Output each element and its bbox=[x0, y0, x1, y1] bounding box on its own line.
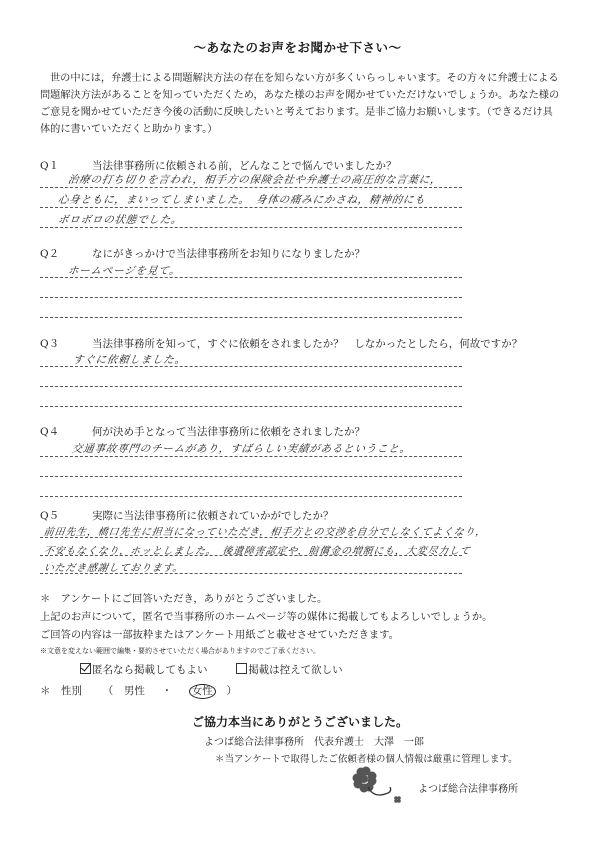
answer-line bbox=[40, 187, 462, 188]
publish-question: 上記のお声について，匿名で当事務所のホームページ等の媒体に掲載してもよろしいでし… bbox=[40, 608, 560, 626]
answer-line bbox=[40, 227, 462, 228]
page-title: ～あなたのお声をお聞かせ下さい～ bbox=[0, 38, 595, 56]
question-3: Q３当法律事務所を知って，すぐに依頼をされましたか？ しなかったとしたら，何故で… bbox=[40, 336, 560, 351]
clover-logo-icon bbox=[352, 765, 412, 810]
answer-line bbox=[40, 366, 462, 367]
question-number: Q５ bbox=[40, 508, 92, 523]
question-text: 当法律事務所を知って，すぐに依頼をされましたか？ しなかったとしたら，何故ですか… bbox=[92, 338, 522, 350]
question-2: Q２なにがきっかけで当法律事務所をお知りになりましたか？ bbox=[40, 246, 560, 261]
option-decline[interactable]: 掲載は控えて欲しい bbox=[236, 664, 343, 676]
gender-field: ＊ 性別 （ 男性 ・ 女性 ） bbox=[40, 683, 237, 699]
answer-1-line-2: 心身ともに，まいってしまいました。 身体の痛みにかさね，精神的にも bbox=[57, 192, 427, 207]
footer-logo-name: よつば総合法律事務所 bbox=[418, 780, 518, 795]
answer-5-line-3: いただき感謝しております。 bbox=[43, 559, 185, 574]
footer-thanks: ご協力本当にありがとうございました。 bbox=[192, 713, 408, 730]
answer-line bbox=[40, 456, 462, 457]
answer-4-line-1: 交通事故専門のチームがあり，すばらしい実績があるということ。 bbox=[71, 441, 412, 456]
gender-male[interactable]: 男性 bbox=[124, 685, 145, 697]
closing-section: ＊ アンケートにご回答いただき，ありがとうございました。 上記のお声について，匿… bbox=[40, 590, 560, 644]
answer-3-line-1: すぐに依頼しました。 bbox=[72, 352, 187, 367]
answer-line bbox=[40, 386, 462, 387]
footer-privacy-note: ＊当アンケートで取得したご依頼者様の個人情報は厳重に管理します。 bbox=[215, 751, 518, 765]
answer-1-line-1: 治療の打ち切りを言われ，相手方の保険会社や弁護士の高圧的な言葉に， bbox=[67, 172, 443, 187]
question-5: Q５実際に当法律事務所に依頼されていかがでしたか？ bbox=[40, 508, 560, 523]
question-number: Q４ bbox=[40, 424, 92, 439]
question-text: 当法律事務所に依頼される前，どんなことで悩んでいましたか？ bbox=[92, 160, 397, 172]
answer-line bbox=[40, 297, 462, 298]
edit-note: ※文意を変えない範囲で編集・要約させていただく場合がありますのでご了承ください。 bbox=[40, 646, 320, 656]
answer-5-line-1: 前田先生，橋口先生に担当になっていただき，相手方との交渉を自分でしなくてよくなり… bbox=[43, 523, 488, 538]
question-text: なにがきっかけで当法律事務所をお知りになりましたか？ bbox=[92, 248, 365, 260]
checkbox-empty-icon[interactable] bbox=[236, 663, 247, 674]
footer-firm-line: よつば総合法律事務所 代表弁護士 大澤 一郎 bbox=[204, 733, 424, 748]
paren-close: ） bbox=[226, 685, 237, 697]
answer-line bbox=[40, 207, 462, 208]
question-1: Q１当法律事務所に依頼される前，どんなことで悩んでいましたか？ bbox=[40, 158, 560, 173]
answer-line bbox=[40, 573, 462, 574]
question-text: 何が決め手となって当法律事務所に依頼をされましたか？ bbox=[92, 426, 365, 438]
intro-paragraph: 世の中には，弁護士による問題解決方法の存在を知らない方が多くいらっしゃいます。そ… bbox=[40, 70, 560, 138]
gender-label: ＊ 性別 bbox=[40, 685, 82, 697]
answer-line bbox=[40, 555, 462, 556]
paren-open: （ bbox=[103, 685, 114, 697]
excerpt-note: ご回答の内容は一部抜粋またはアンケート用紙ごと載せさせていただきます。 bbox=[40, 626, 560, 644]
option-anonymous-label: 匿名なら掲載してもよい bbox=[92, 664, 208, 676]
answer-1-line-3: ボロボロの状態でした。 bbox=[57, 212, 183, 227]
checkbox-checked-icon[interactable] bbox=[80, 663, 91, 674]
publish-options: 匿名なら掲載してもよい 掲載は控えて欲しい bbox=[80, 662, 343, 677]
answer-line bbox=[40, 537, 462, 538]
intro-text: 世の中には，弁護士による問題解決方法の存在を知らない方が多くいらっしゃいます。そ… bbox=[40, 70, 560, 138]
question-number: Q２ bbox=[40, 246, 92, 261]
option-decline-label: 掲載は控えて欲しい bbox=[248, 664, 343, 676]
gender-female-circled[interactable]: 女性 bbox=[189, 684, 216, 699]
answer-line bbox=[40, 277, 462, 278]
answer-line bbox=[40, 476, 462, 477]
answer-line bbox=[40, 496, 462, 497]
question-text: 実際に当法律事務所に依頼されていかがでしたか？ bbox=[92, 510, 334, 522]
question-number: Q１ bbox=[40, 158, 92, 173]
separator: ・ bbox=[162, 685, 173, 697]
question-4: Q４何が決め手となって当法律事務所に依頼をされましたか？ bbox=[40, 424, 560, 439]
question-number: Q３ bbox=[40, 336, 92, 351]
closing-thanks: ＊ アンケートにご回答いただき，ありがとうございました。 bbox=[40, 590, 560, 608]
answer-2-line-1: ホームページを見て。 bbox=[67, 263, 182, 278]
answer-line bbox=[40, 406, 462, 407]
option-anonymous[interactable]: 匿名なら掲載してもよい bbox=[80, 664, 208, 676]
answer-line bbox=[40, 317, 462, 318]
